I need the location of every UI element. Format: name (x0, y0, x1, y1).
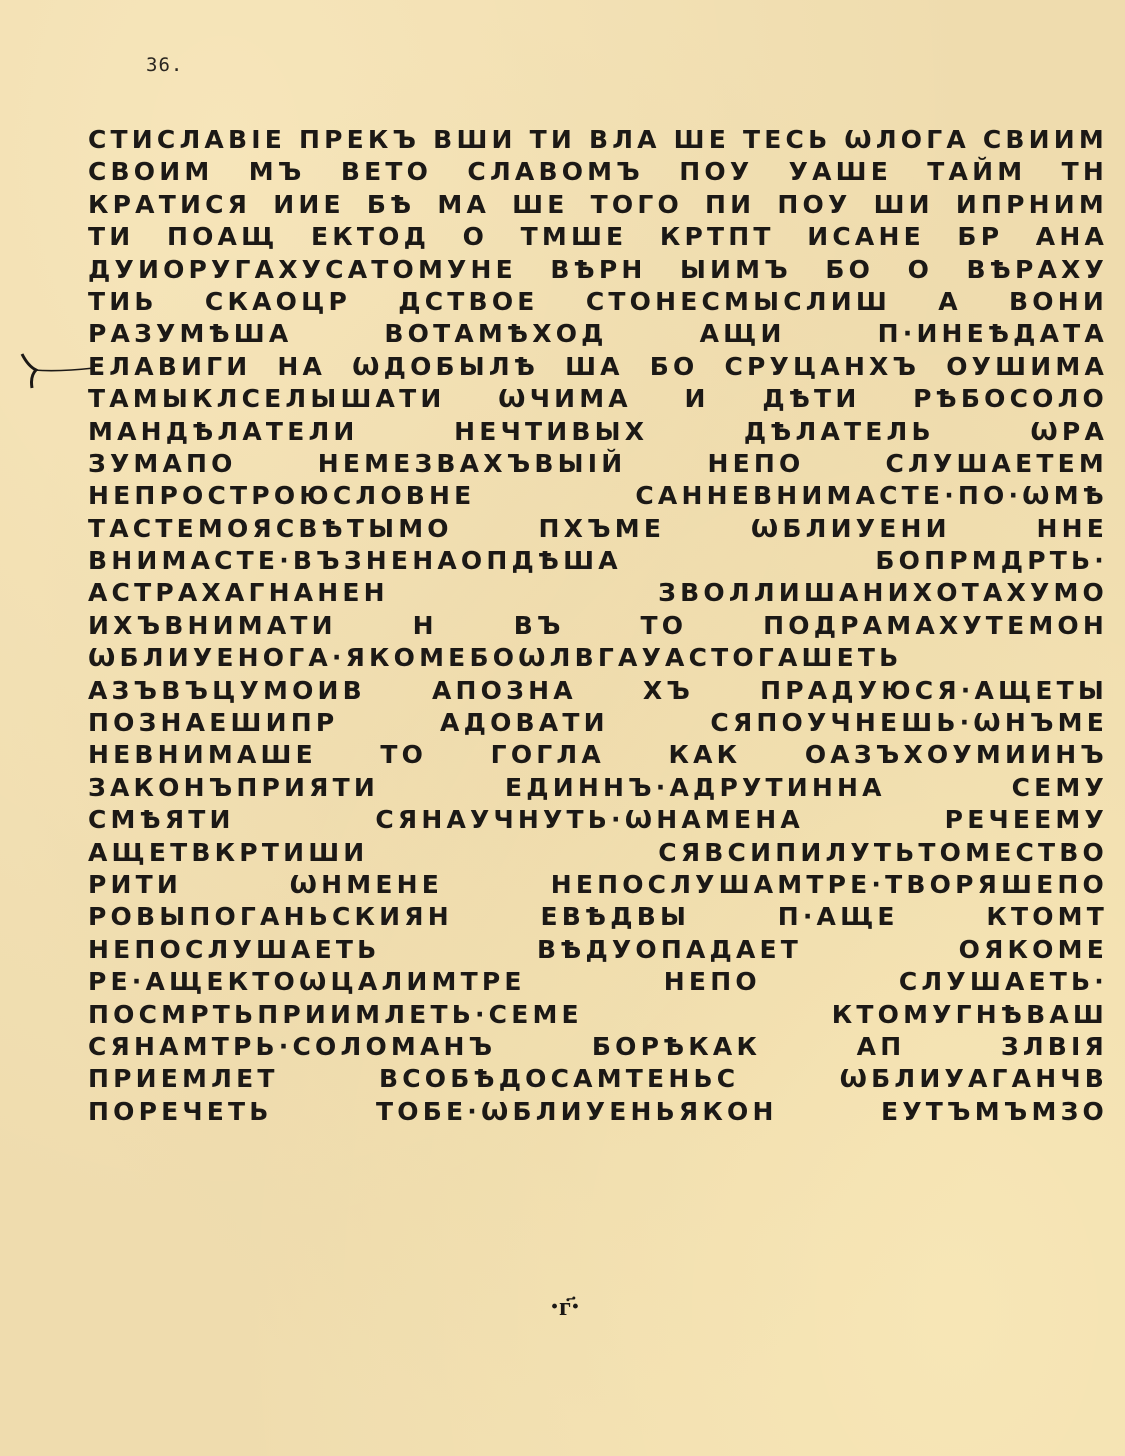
text-line: внимасте·възненаопдѣша бопрмдрть· (88, 545, 1108, 577)
text-line: поречеть тобе·ѡблиуеньякон еутъмъмзо (88, 1096, 1108, 1128)
text-line: своим мъ вето славомъ поу уаше тайм тн (88, 156, 1108, 188)
text-line: непростроюсловне санневнимасте·по·ѡмѣ (88, 480, 1108, 512)
text-line: законъприяти единнъ·адрутинна сему (88, 772, 1108, 804)
text-line: ащетвкртиши сявсипилутьтомество (88, 837, 1108, 869)
text-line: сянамтрь·соломанъ борѣкак ап злвія (88, 1031, 1108, 1063)
text-line: азъвъцумоив апозна хъ прадуюся·ащеты (88, 675, 1108, 707)
text-line: ѡблиуенога·якомебоѡлвгауастогашеть (88, 642, 1108, 674)
text-line: посмртьприимлеть·семе ктомугнѣваш (88, 999, 1108, 1031)
text-line: мандѣлатели нечтивых дѣлатель ѡра (88, 416, 1108, 448)
text-line: дуиоругахусатомуне вѣрн ыимъ бо о вѣраху (88, 254, 1108, 286)
quire-signature-mark: ·г҃· (550, 1292, 580, 1322)
text-line: рити ѡнмене непослушамтре·творяшепо (88, 869, 1108, 901)
text-line: познаешипр адовати сяпоучнешь·ѡнъме (88, 707, 1108, 739)
text-line: ровыпоганьскиян евѣдвы п·аще ктомт (88, 901, 1108, 933)
text-line: елавиги на ѡдобылѣ ша бо сруцанхъ оушима (88, 351, 1108, 383)
text-line: тамыклселышати ѡчима и дѣти рѣбосоло (88, 383, 1108, 415)
text-line: разумѣша вотамѣход ащи п·инеѣдата (88, 318, 1108, 350)
text-line: ти поащ ектод о тмше кртпт исане бр ана (88, 221, 1108, 253)
text-line: кратися иие бѣ ма ше того пи поу ши ипрн… (88, 189, 1108, 221)
text-line: астрахагнанен зволлишанихотахумо (88, 577, 1108, 609)
text-line: зумапо немезвахъвыій непо слушаетем (88, 448, 1108, 480)
text-line: ре·ащектоѡцалимтре непо слушаеть· (88, 966, 1108, 998)
margin-arrow-icon (18, 352, 98, 392)
manuscript-page: 36. стиславіе прекъ вши ти вла ше тесь ѡ… (0, 0, 1125, 1456)
text-line: тастемоясвѣтымо пхъме ѡблиуени нне (88, 513, 1108, 545)
manuscript-text-block: стиславіе прекъ вши ти вла ше тесь ѡлога… (88, 124, 1108, 1128)
text-line: невнимаше то гогла как оазъхоумиинъ (88, 739, 1108, 771)
text-line: ихъвнимати н въ то подрамахутемон (88, 610, 1108, 642)
text-line: смѣяти сянаучнуть·ѡнамена речеему (88, 804, 1108, 836)
text-line: непослушаеть вѣдуопадает оякоме (88, 934, 1108, 966)
text-line: приемлет всобѣдосамтеньс ѡблиуаганчв (88, 1063, 1108, 1095)
text-line: тиь скаоцр дствое стонесмыслиш а вони (88, 286, 1108, 318)
folio-number: 36. (146, 54, 183, 76)
text-line: стиславіе прекъ вши ти вла ше тесь ѡлога… (88, 124, 1108, 156)
